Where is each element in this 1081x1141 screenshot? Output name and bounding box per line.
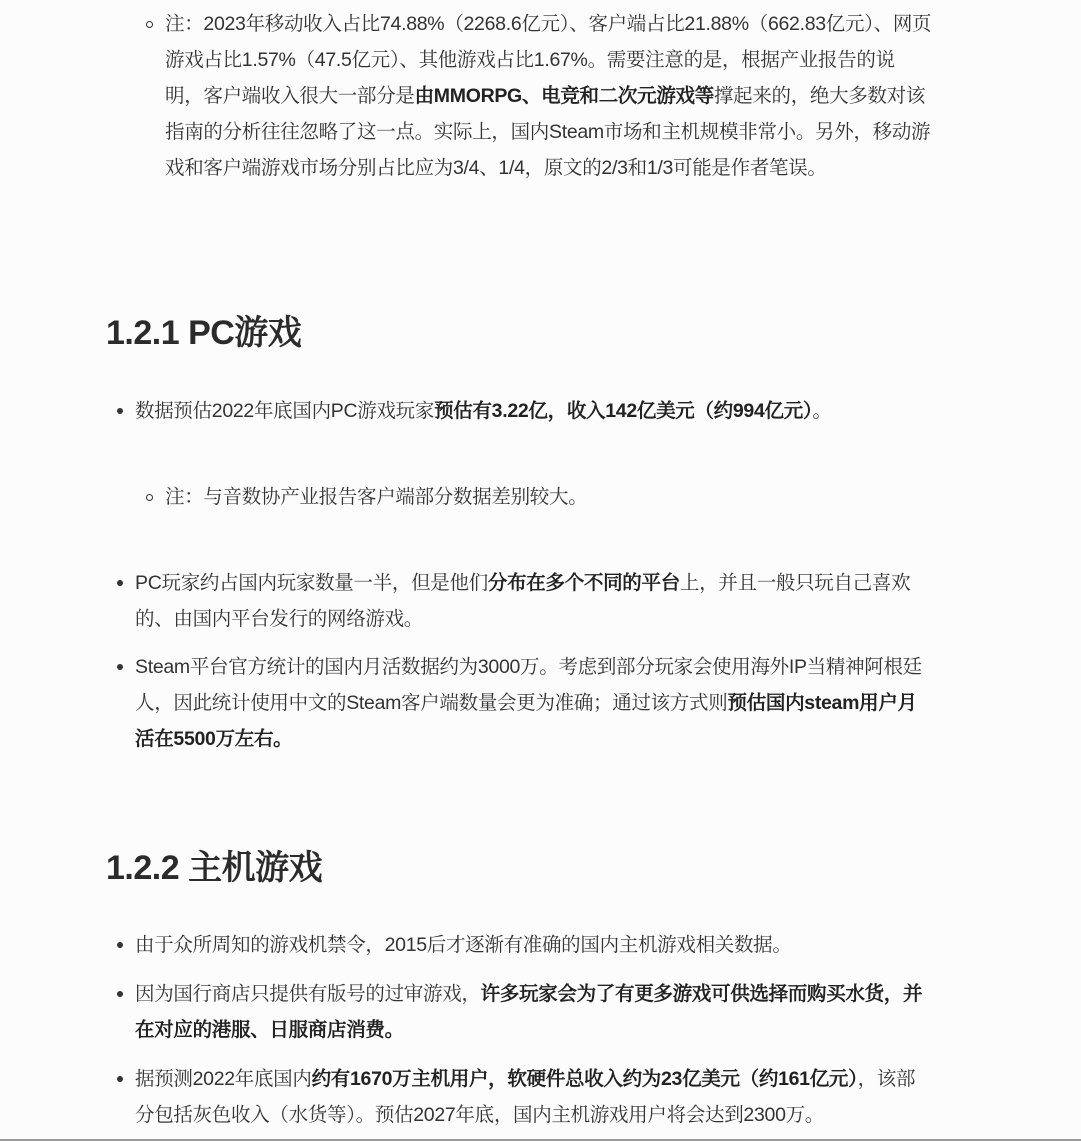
note-list: 注：2023年移动收入占比74.88%（2268.6亿元）、客户端占比21.88… [106,6,932,186]
console-item-forecast: 据预测2022年底国内约有1670万主机用户，软硬件总收入约为23亿美元（约16… [106,1061,932,1133]
console-item-store: 因为国行商店只提供有版号的过审游戏，许多玩家会为了有更多游戏可供选择而购买水货，… [106,976,932,1048]
console-list: 由于众所周知的游戏机禁令，2015后才逐渐有准确的国内主机游戏相关数据。 因为国… [106,927,932,1133]
pc-item-steam: Steam平台官方统计的国内月活数据约为3000万。考虑到部分玩家会使用海外IP… [106,649,932,757]
item-bold-text: 约有1670万主机用户，软硬件总收入约为23亿美元（约161亿元） [312,1068,858,1090]
item-text: 由于众所周知的游戏机禁令，2015后才逐渐有准确的国内主机游戏相关数据。 [135,934,792,956]
document-page: 注：2023年移动收入占比74.88%（2268.6亿元）、客户端占比21.88… [0,0,1081,1141]
note-bold-text: 由MMORPG、电竞和二次元游戏等 [415,85,714,107]
pc-sub-list: 注：与音数协产业报告客户端部分数据差别较大。 [106,479,932,515]
console-item-ban: 由于众所周知的游戏机禁令，2015后才逐渐有准确的国内主机游戏相关数据。 [106,927,932,963]
pc-item-platforms: PC玩家约占国内玩家数量一半，但是他们分布在多个不同的平台上，并且一般只玩自己喜… [106,565,932,637]
sub-note-text: 注：与音数协产业报告客户端部分数据差别较大。 [165,486,587,508]
item-text: 据预测2022年底国内 [135,1068,312,1090]
item-bold-text: 预估有3.22亿，收入142亿美元（约994亿元） [434,400,812,422]
pc-sub-note: 注：与音数协产业报告客户端部分数据差别较大。 [106,479,932,515]
pc-list: 数据预估2022年底国内PC游戏玩家预估有3.22亿，收入142亿美元（约994… [106,393,932,429]
pc-list-2: PC玩家约占国内玩家数量一半，但是他们分布在多个不同的平台上，并且一般只玩自己喜… [106,565,932,757]
item-text: 因为国行商店只提供有版号的过审游戏， [135,983,481,1005]
pc-item-players: 数据预估2022年底国内PC游戏玩家预估有3.22亿，收入142亿美元（约994… [106,393,932,429]
item-text: 。 [812,400,831,422]
item-text: 数据预估2022年底国内PC游戏玩家 [135,400,434,422]
item-text: PC玩家约占国内玩家数量一半，但是他们 [135,572,488,594]
heading-console-games: 1.2.2 主机游戏 [106,848,322,888]
heading-pc-games: 1.2.1 PC游戏 [106,313,301,353]
item-bold-text: 分布在多个不同的平台 [488,572,680,594]
note-2023-revenue: 注：2023年移动收入占比74.88%（2268.6亿元）、客户端占比21.88… [106,6,932,186]
